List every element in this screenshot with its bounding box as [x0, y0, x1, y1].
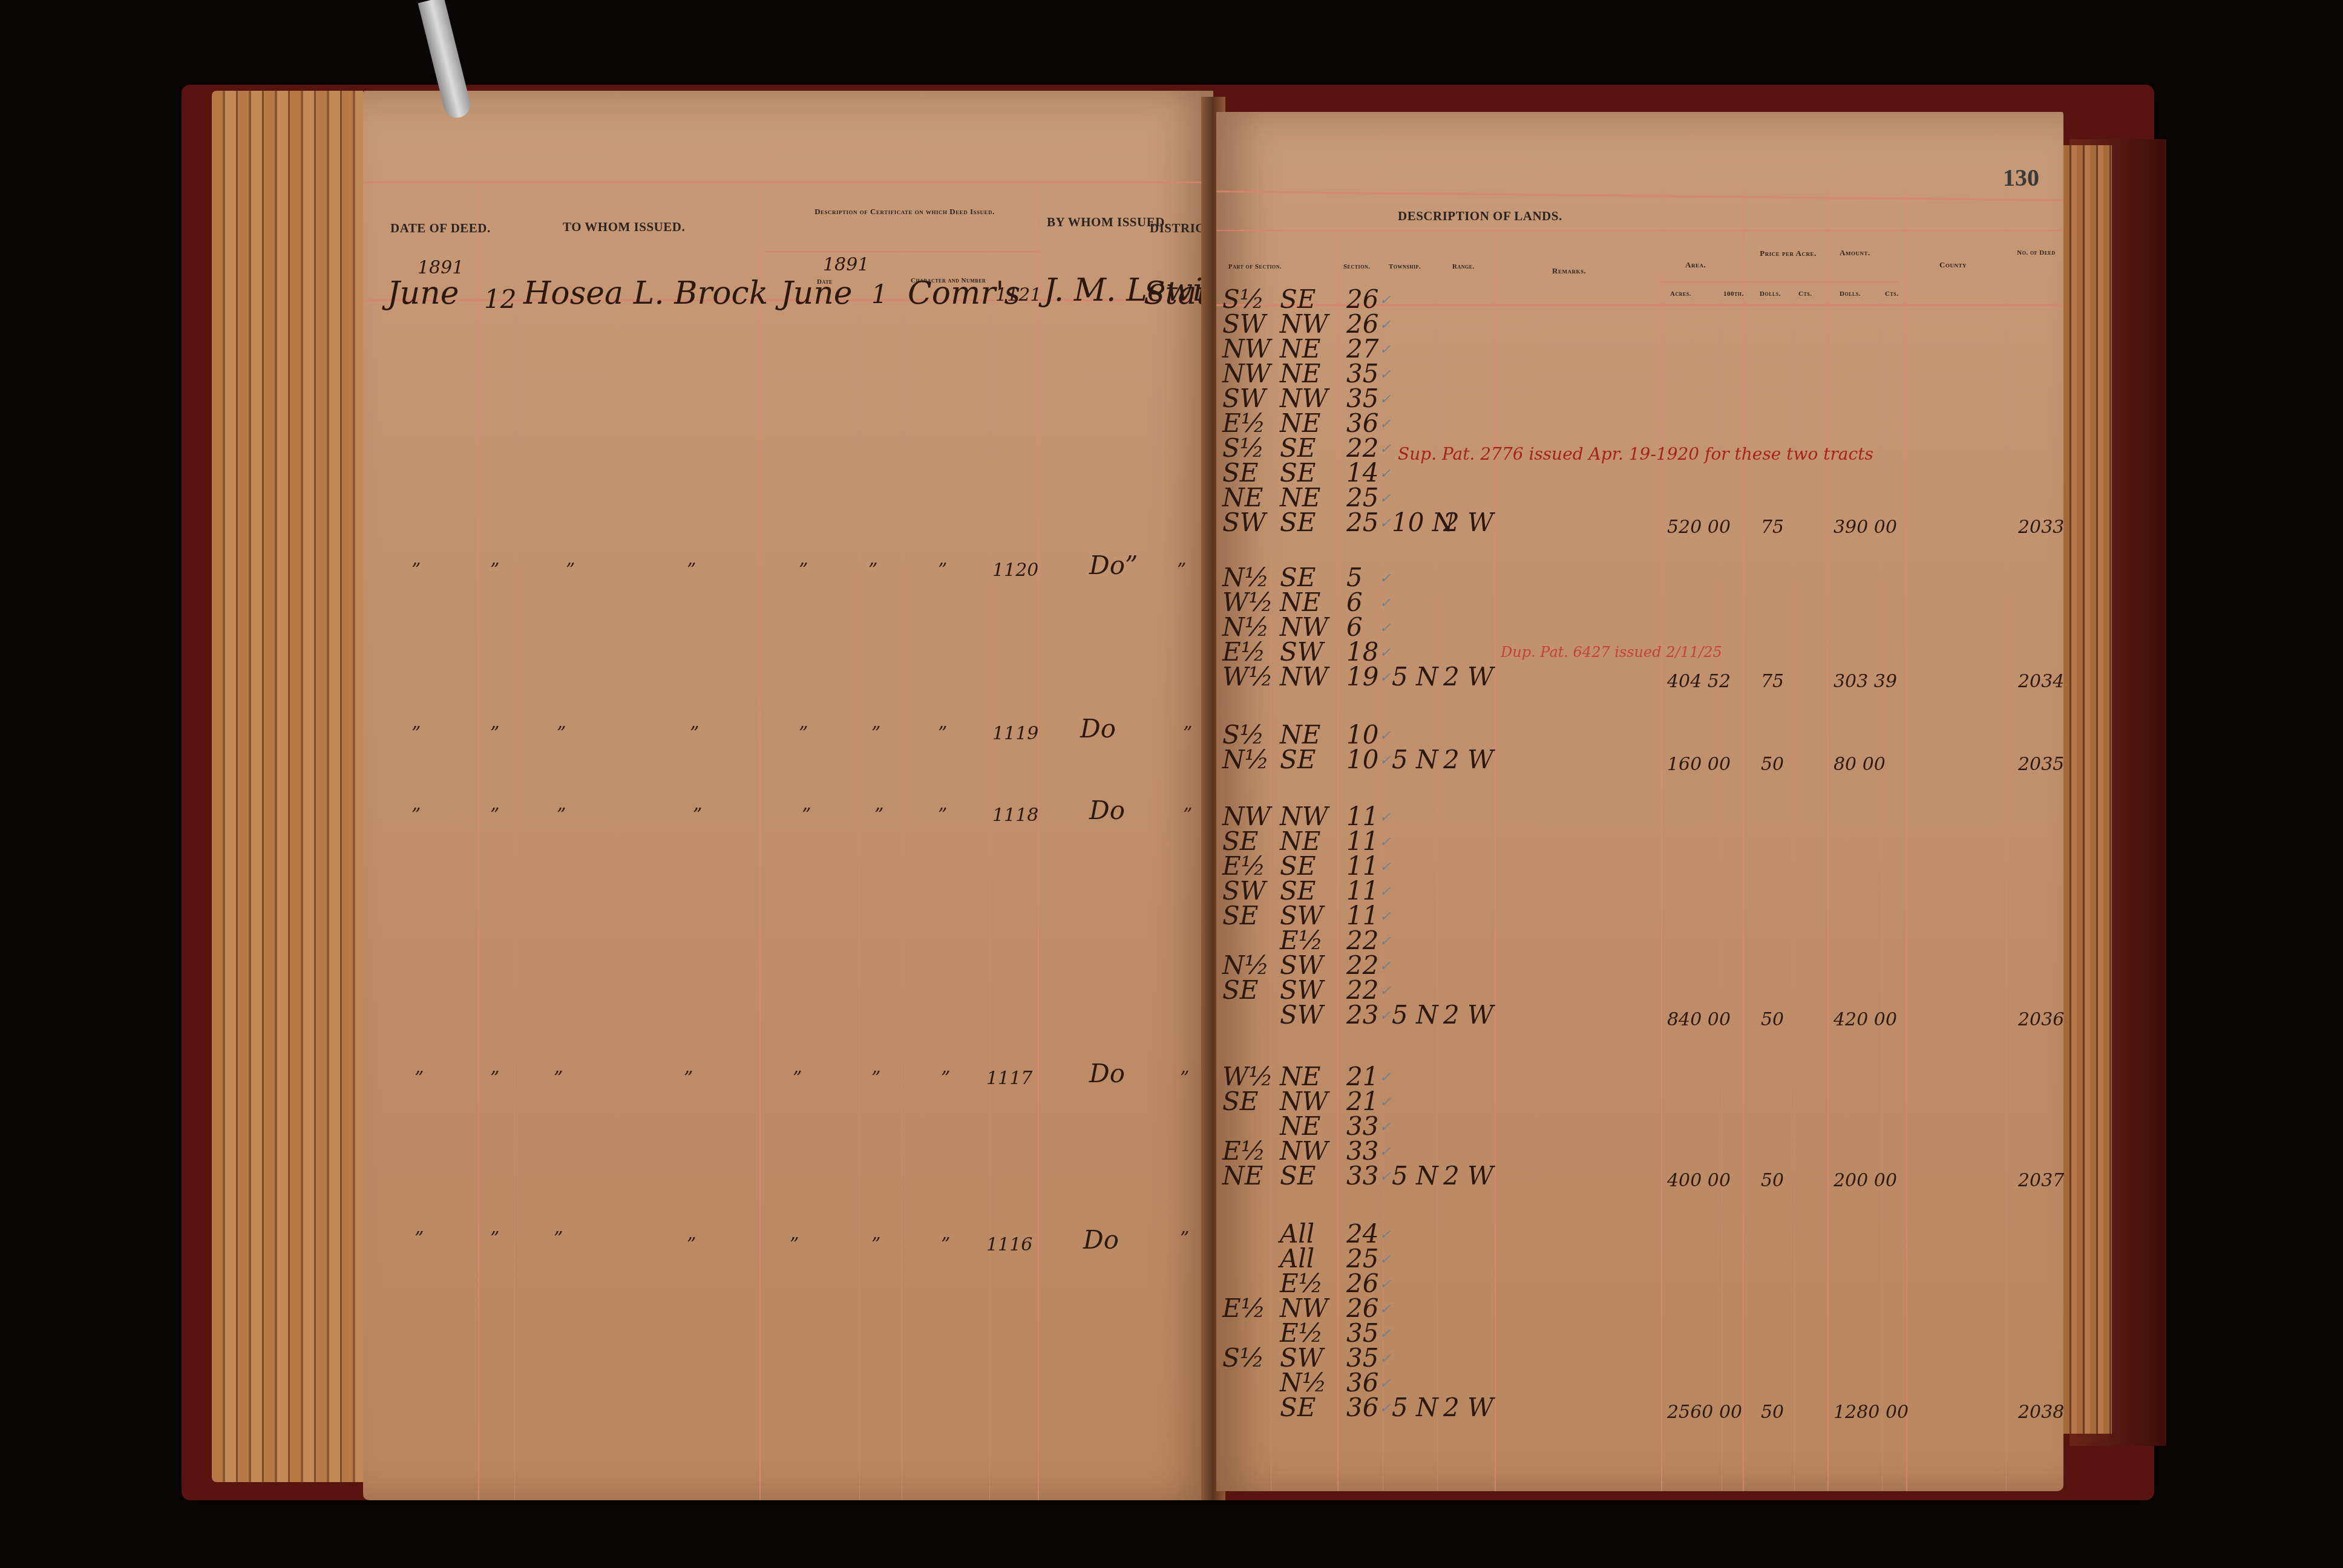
check-mark-icon: ✓ [1380, 318, 1391, 333]
header-hundredths: 100th. [1723, 290, 1744, 298]
area-acres: 520 00 [1667, 517, 1731, 538]
range-value: 2 W [1443, 1393, 1493, 1422]
deed-entry: ” ” ” ” ” ” ” 1116 Do ” [363, 1228, 1213, 1264]
ditto-mark: ” [871, 1234, 880, 1255]
header-amount-cts: Cts. [1885, 290, 1898, 298]
check-mark-icon: ✓ [1380, 442, 1391, 457]
ditto-mark: ” [938, 805, 947, 826]
ditto-mark: ” [557, 805, 566, 826]
deed-number: 2035 [2018, 754, 2064, 775]
check-mark-icon: ✓ [1380, 571, 1391, 586]
quarter-section: SE [1280, 745, 1316, 774]
ditto-mark: ” [799, 723, 808, 744]
ditto-mark: ” [941, 1068, 950, 1089]
district-value: ” [1177, 560, 1186, 581]
ditto-mark: ” [490, 560, 499, 581]
check-mark-icon: ✓ [1380, 1252, 1391, 1267]
deed-day: 12 [484, 284, 516, 314]
header-remarks: Remarks. [1552, 266, 1586, 276]
part-of-section: SE [1222, 1086, 1258, 1116]
col-rule [859, 251, 860, 1500]
col-rule [478, 181, 479, 1500]
area-acres: 2560 00 [1667, 1402, 1742, 1423]
header-certificate-description: Description of Certificate on which Deed… [796, 206, 1014, 218]
header-date-of-deed: DATE OF DEED. [390, 221, 491, 236]
amount-value: 200 00 [1833, 1170, 1897, 1191]
header-township: Township. [1389, 263, 1421, 270]
price-per-acre: 50 [1761, 754, 1784, 775]
header-area: Area. [1685, 260, 1706, 270]
amount-value: 390 00 [1833, 517, 1897, 538]
header-no-of-deed: No. of Deed [2015, 248, 2057, 258]
check-mark-icon: ✓ [1380, 753, 1391, 768]
range-value: 2 W [1443, 1161, 1493, 1191]
col-rule [1337, 230, 1339, 1491]
ditto-mark: ” [415, 1068, 424, 1089]
issuer-name: Do [1089, 795, 1125, 825]
col-rule [1437, 230, 1438, 1491]
page-number: 130 [2003, 163, 2039, 192]
cert-year: 1891 [823, 254, 869, 275]
deed-entry: ” ” ” ” ” ” ” 1117 Do ” [363, 1068, 1213, 1104]
issuer-name: Do [1089, 1059, 1125, 1088]
check-mark-icon: ✓ [1380, 342, 1391, 358]
check-mark-icon: ✓ [1380, 466, 1391, 482]
ditto-mark: ” [793, 1068, 802, 1089]
header-bottom-rule [1216, 304, 2063, 306]
quarter-section: SE [1280, 508, 1316, 537]
ditto-mark: ” [693, 805, 702, 826]
ditto-mark: ” [874, 805, 883, 826]
ditto-mark: ” [938, 723, 947, 744]
col-rule [989, 251, 990, 1500]
check-mark-icon: ✓ [1380, 1169, 1391, 1184]
check-mark-icon: ✓ [1380, 1302, 1391, 1317]
ditto-mark: ” [684, 1068, 693, 1089]
col-rule [514, 181, 515, 1500]
ditto-mark: ” [411, 805, 421, 826]
check-mark-icon: ✓ [1380, 728, 1391, 743]
right-page: 130 DESCRIPTION OF LANDS. Part of Sectio… [1216, 112, 2063, 1491]
check-mark-icon: ✓ [1380, 1070, 1391, 1085]
lands-subheader-rule [1216, 230, 2063, 231]
ditto-mark: ” [566, 560, 575, 581]
header-top-rule [1216, 191, 2063, 201]
issuer-name: Do [1083, 1225, 1119, 1255]
check-mark-icon: ✓ [1380, 491, 1391, 506]
check-mark-icon: ✓ [1380, 984, 1391, 999]
check-mark-icon: ✓ [1380, 1351, 1391, 1367]
check-mark-icon: ✓ [1380, 1145, 1391, 1160]
cert-number: 1116 [986, 1234, 1032, 1255]
check-mark-icon: ✓ [1380, 959, 1391, 974]
check-mark-icon: ✓ [1380, 1120, 1391, 1135]
ditto-mark: ” [490, 723, 499, 744]
ditto-mark: ” [411, 723, 421, 744]
ditto-mark: ” [868, 560, 877, 581]
ditto-mark: ” [802, 805, 811, 826]
col-rule [1038, 181, 1039, 1500]
header-price-cts: Cts. [1798, 290, 1812, 298]
district-value: ” [1183, 805, 1192, 826]
ditto-mark: ” [687, 560, 696, 581]
price-per-acre: 50 [1761, 1402, 1784, 1423]
part-of-section: S½ [1222, 1343, 1264, 1373]
ditto-mark: ” [490, 1228, 499, 1249]
price-per-acre: 50 [1761, 1170, 1784, 1191]
col-rule [902, 251, 902, 1500]
range-value: 2 W [1443, 662, 1493, 691]
ditto-mark: ” [415, 1228, 424, 1249]
header-to-whom-issued: TO WHOM ISSUED. [563, 220, 685, 235]
check-mark-icon: ✓ [1380, 392, 1391, 407]
quarter-section: NW [1280, 662, 1328, 691]
grantee-name: Hosea L. Brock [523, 275, 768, 312]
remarks-note-red: Sup. Pat. 2776 issued Apr. 19-1920 for t… [1398, 444, 1873, 464]
header-description-of-lands: DESCRIPTION OF LANDS. [1398, 209, 1562, 224]
price-per-acre: 75 [1761, 517, 1784, 538]
cert-number: 1118 [992, 805, 1038, 826]
section-number: 19 [1346, 662, 1378, 691]
township-value: 5 N [1392, 1393, 1438, 1422]
ditto-mark: ” [941, 1234, 950, 1255]
township-value: 5 N [1392, 745, 1438, 774]
district-value: ” [1180, 1068, 1189, 1089]
ditto-mark: ” [411, 560, 421, 581]
check-mark-icon: ✓ [1380, 417, 1391, 432]
col-rule [1743, 191, 1744, 1491]
deed-number: 2038 [2018, 1402, 2064, 1423]
check-mark-icon: ✓ [1380, 810, 1391, 825]
section-number: 23 [1346, 1000, 1378, 1030]
deed-number: 2037 [2018, 1170, 2064, 1191]
part-of-section: SE [1222, 975, 1258, 1005]
check-mark-icon: ✓ [1380, 1327, 1391, 1342]
quarter-section: SE [1280, 1393, 1316, 1422]
issuer-name: Do” [1089, 550, 1138, 580]
header-amount: Amount. [1840, 248, 1870, 258]
ditto-mark: ” [490, 1068, 499, 1089]
deed-number: 2034 [2018, 671, 2064, 692]
check-mark-icon: ✓ [1380, 1401, 1391, 1416]
col-rule [1906, 191, 1907, 1491]
cert-number: 1120 [992, 560, 1038, 581]
district-value: ” [1183, 723, 1192, 744]
check-mark-icon: ✓ [1380, 596, 1391, 611]
range-value: 2 W [1443, 745, 1493, 774]
col-rule [1882, 281, 1883, 1491]
deed-number: 2036 [2018, 1009, 2064, 1030]
col-rule [2006, 191, 2007, 1491]
area-acres: 404 52 [1667, 671, 1731, 692]
col-rule [1661, 191, 1662, 1491]
deed-entry: ” ” ” ” ” ” ” 1120 Do” ” [363, 560, 1213, 596]
deed-entry: ” ” ” ” ” ” ” 1118 Do ” [363, 805, 1213, 841]
part-of-section: SW [1222, 508, 1266, 537]
header-section: Section. [1343, 263, 1370, 270]
check-mark-icon: ✓ [1380, 1008, 1391, 1024]
header-range: Range. [1452, 263, 1475, 270]
header-county: County [1939, 260, 1967, 270]
left-page-stack [212, 91, 363, 1482]
check-mark-icon: ✓ [1380, 909, 1391, 924]
area-acres: 840 00 [1667, 1009, 1731, 1030]
amount-value: 1280 00 [1833, 1402, 1909, 1423]
cert-number: 1119 [992, 723, 1038, 744]
amount-value: 420 00 [1833, 1009, 1897, 1030]
right-page-stack [2063, 145, 2112, 1434]
check-mark-icon: ✓ [1380, 1277, 1391, 1292]
amount-value: 80 00 [1833, 754, 1886, 775]
deed-entry: ” ” ” ” ” ” ” 1119 Do ” [363, 723, 1213, 759]
header-amount-dolls: Dolls. [1840, 290, 1861, 298]
part-of-section: SE [1222, 901, 1258, 930]
ditto-mark: ” [690, 723, 699, 744]
remarks-note-red: Dup. Pat. 6427 issued 2/11/25 [1501, 644, 1722, 661]
range-value: 2 W [1443, 508, 1493, 537]
check-mark-icon: ✓ [1380, 645, 1391, 661]
header-acres: Acres. [1670, 290, 1691, 298]
price-per-acre: 50 [1761, 1009, 1784, 1030]
part-of-section: E½ [1222, 1293, 1265, 1323]
header-top-rule [363, 181, 1213, 183]
deed-number: 2033 [2018, 517, 2064, 538]
cert-month: June [781, 275, 853, 312]
check-mark-icon: ✓ [1380, 1095, 1391, 1110]
township-value: 5 N [1392, 1161, 1438, 1191]
deed-month: June [387, 275, 459, 312]
cert-day: 1 [871, 279, 888, 309]
cert-number: 1117 [986, 1068, 1032, 1089]
ditto-mark: ” [790, 1234, 799, 1255]
header-price-dolls: Dolls. [1760, 290, 1781, 298]
ditto-mark: ” [687, 1234, 696, 1255]
header-price-per-acre: Price per Acre. [1755, 248, 1821, 259]
quarter-section: SW [1280, 1000, 1323, 1030]
ditto-mark: ” [799, 560, 808, 581]
township-value: 5 N [1392, 662, 1438, 691]
ditto-mark: ” [557, 723, 566, 744]
range-value: 2 W [1443, 1000, 1493, 1030]
area-acres: 160 00 [1667, 754, 1731, 775]
amount-value: 303 39 [1833, 671, 1897, 692]
price-per-acre: 75 [1761, 671, 1784, 692]
section-number: 36 [1346, 1393, 1378, 1422]
col-rule [1827, 191, 1829, 1491]
col-rule [1271, 230, 1271, 1491]
money-subheader-rule [1658, 281, 1900, 283]
header-part-of-section: Part of Section. [1228, 263, 1282, 270]
district-value: ” [1180, 1228, 1189, 1249]
check-mark-icon: ✓ [1380, 1227, 1391, 1243]
check-mark-icon: ✓ [1380, 934, 1391, 949]
col-rule [1495, 230, 1496, 1491]
ditto-mark: ” [871, 1068, 880, 1089]
check-mark-icon: ✓ [1380, 1376, 1391, 1391]
ditto-mark: ” [490, 805, 499, 826]
section-number: 33 [1346, 1161, 1378, 1191]
check-mark-icon: ✓ [1380, 516, 1391, 531]
issuer-name: Do [1080, 714, 1116, 743]
part-of-section: W½ [1222, 662, 1273, 691]
cert-number: 1121 [995, 284, 1041, 305]
check-mark-icon: ✓ [1380, 835, 1391, 850]
check-mark-icon: ✓ [1380, 293, 1391, 308]
section-number: 25 [1346, 508, 1378, 537]
check-mark-icon: ✓ [1380, 884, 1391, 900]
ditto-mark: ” [871, 723, 880, 744]
section-number: 10 [1346, 745, 1378, 774]
check-mark-icon: ✓ [1380, 860, 1391, 875]
ditto-mark: ” [938, 560, 947, 581]
part-of-section: N½ [1222, 745, 1269, 774]
part-of-section: NE [1222, 1161, 1263, 1191]
check-mark-icon: ✓ [1380, 367, 1391, 382]
left-page: DATE OF DEED. TO WHOM ISSUED. Descriptio… [363, 91, 1213, 1500]
check-mark-icon: ✓ [1380, 621, 1391, 636]
quarter-section: SE [1280, 1161, 1316, 1191]
ditto-mark: ” [554, 1228, 563, 1249]
township-value: 5 N [1392, 1000, 1438, 1030]
area-acres: 400 00 [1667, 1170, 1731, 1191]
ditto-mark: ” [554, 1068, 563, 1089]
check-mark-icon: ✓ [1380, 670, 1391, 685]
col-rule [759, 181, 761, 1500]
